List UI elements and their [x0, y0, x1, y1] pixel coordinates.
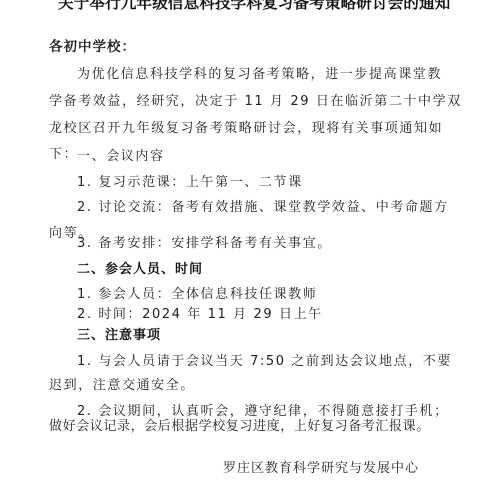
section3-item-2-cont: 做好会议记录，会后根据学校复习进度，上好复习备考汇报课。: [49, 415, 430, 434]
section3-item-1: 1. 与会人员请于会议当天 7:50 之前到达会议地点，不要: [77, 350, 452, 369]
signature: 罗庄区教育科学研究与发展中心: [223, 457, 419, 476]
salutation: 各初中学校：: [49, 35, 136, 55]
section1-item-3: 3. 备考安排：安排学科备考有关事宜。: [77, 232, 332, 251]
section3-item-1-cont: 迟到，注意交通安全。: [49, 374, 195, 393]
section2-item-1: 1. 参会人员：全体信息科技任课教师: [77, 283, 317, 302]
section1-item-2: 2. 讨论交流：备考有效措施、课堂教学效益、中考命题方: [77, 196, 449, 215]
section1-heading: 一、会议内容: [77, 145, 165, 164]
section2-item-2: 2. 时间：2024 年 11 月 29 日上午: [77, 303, 323, 322]
section2-heading: 二、参会人员、时间: [77, 258, 203, 277]
intro-line-4: 下：: [49, 143, 78, 162]
intro-line-1: 为优化信息科技学科的复习备考策略，进一步提高课堂教: [77, 63, 442, 82]
document-title: 关于举行九年级信息科技学科复习备考策略研讨会的通知: [58, 0, 451, 13]
intro-line-2: 学备考效益，经研究，决定于 11 月 29 日在临沂第二十中学双: [49, 90, 462, 109]
section1-item-1: 1. 复习示范课：上午第一、二节课: [77, 171, 303, 190]
section3-heading: 三、注意事项: [77, 324, 161, 343]
intro-line-3: 龙校区召开九年级复习备考策略研讨会，现将有关事项通知如: [49, 117, 443, 136]
